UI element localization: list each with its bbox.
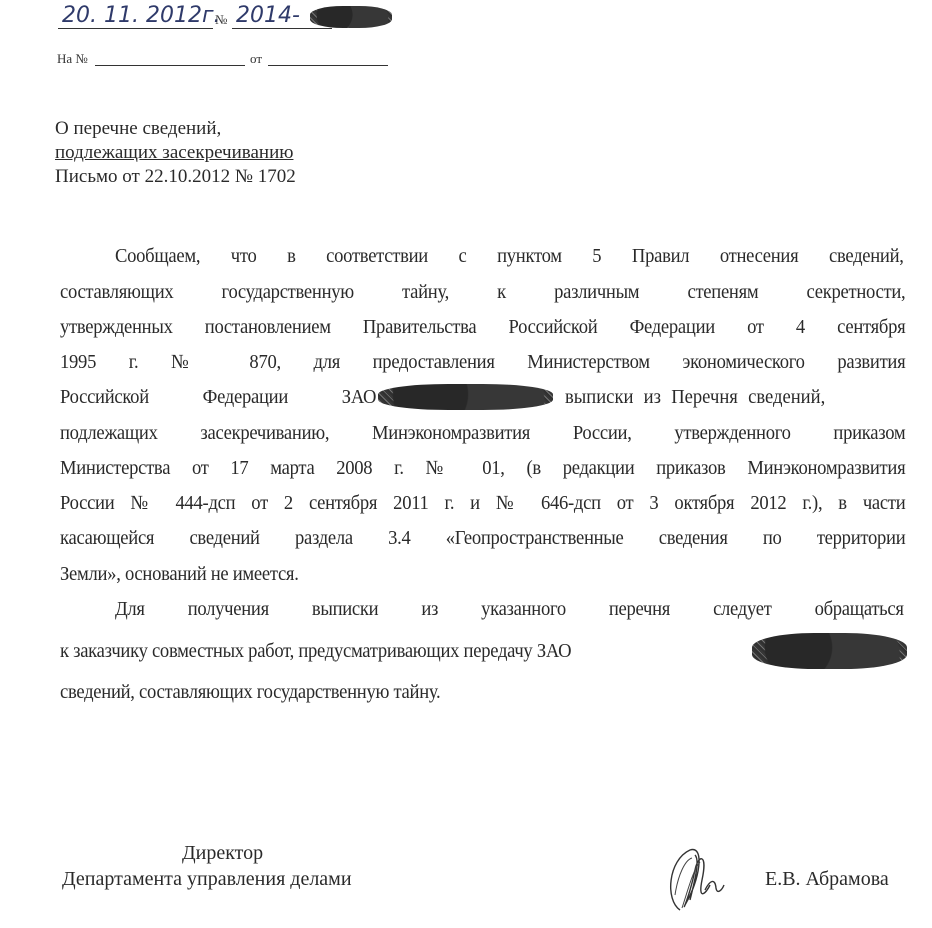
body-line: Для получения выписки из указанного пере… [115,598,904,620]
subject-line-3: Письмо от 22.10.2012 № 1702 [55,165,296,189]
body-line: России № 444-дсп от 2 сентября 2011 г. и… [60,492,905,514]
signer-title-line-1: Директор [182,842,263,865]
reply-to-label: На № [57,51,88,67]
from-label: от [250,51,262,67]
redacted-number [310,6,392,28]
body-line: 1995 г. № 870, для предоставления Минист… [60,351,905,373]
date-handwritten: 20. 11. 2012г. [62,3,221,28]
number-underline [232,28,332,29]
body-line: утвержденных постановлением Правительств… [60,316,905,338]
signer-title-line-2: Департамента управления делами [62,868,352,891]
body-line: касающейся сведений раздела 3.4 «Геопрос… [60,527,905,549]
redacted-company-name-2 [752,633,907,669]
redacted-company-name [378,384,553,410]
body-line: подлежащих засекречиванию, Минэкономразв… [60,422,905,444]
body-line: Сообщаем, что в соответствии с пунктом 5… [115,245,904,267]
subject-line-1: О перечне сведений, [55,117,221,141]
signer-name: Е.В. Абрамова [765,868,889,891]
body-line: Министерства от 17 марта 2008 г. № 01, (… [60,457,905,479]
date-underline [58,28,213,29]
body-line: сведений, составляющих государственную т… [60,681,905,703]
handwritten-signature-icon [660,840,730,920]
from-underline [268,65,388,66]
number-handwritten: 2014- [236,3,300,28]
body-line: Земли», оснований не имеется. [60,563,905,585]
body-line: составляющих государственную тайну, к ра… [60,281,905,303]
reply-to-underline [95,65,245,66]
subject-line-2: подлежащих засекречиванию [55,141,293,165]
body-line: Российской Федерации ЗАО [60,386,376,408]
number-label: № [215,12,227,28]
body-line-continued: выписки из Перечня сведений, [565,386,825,409]
